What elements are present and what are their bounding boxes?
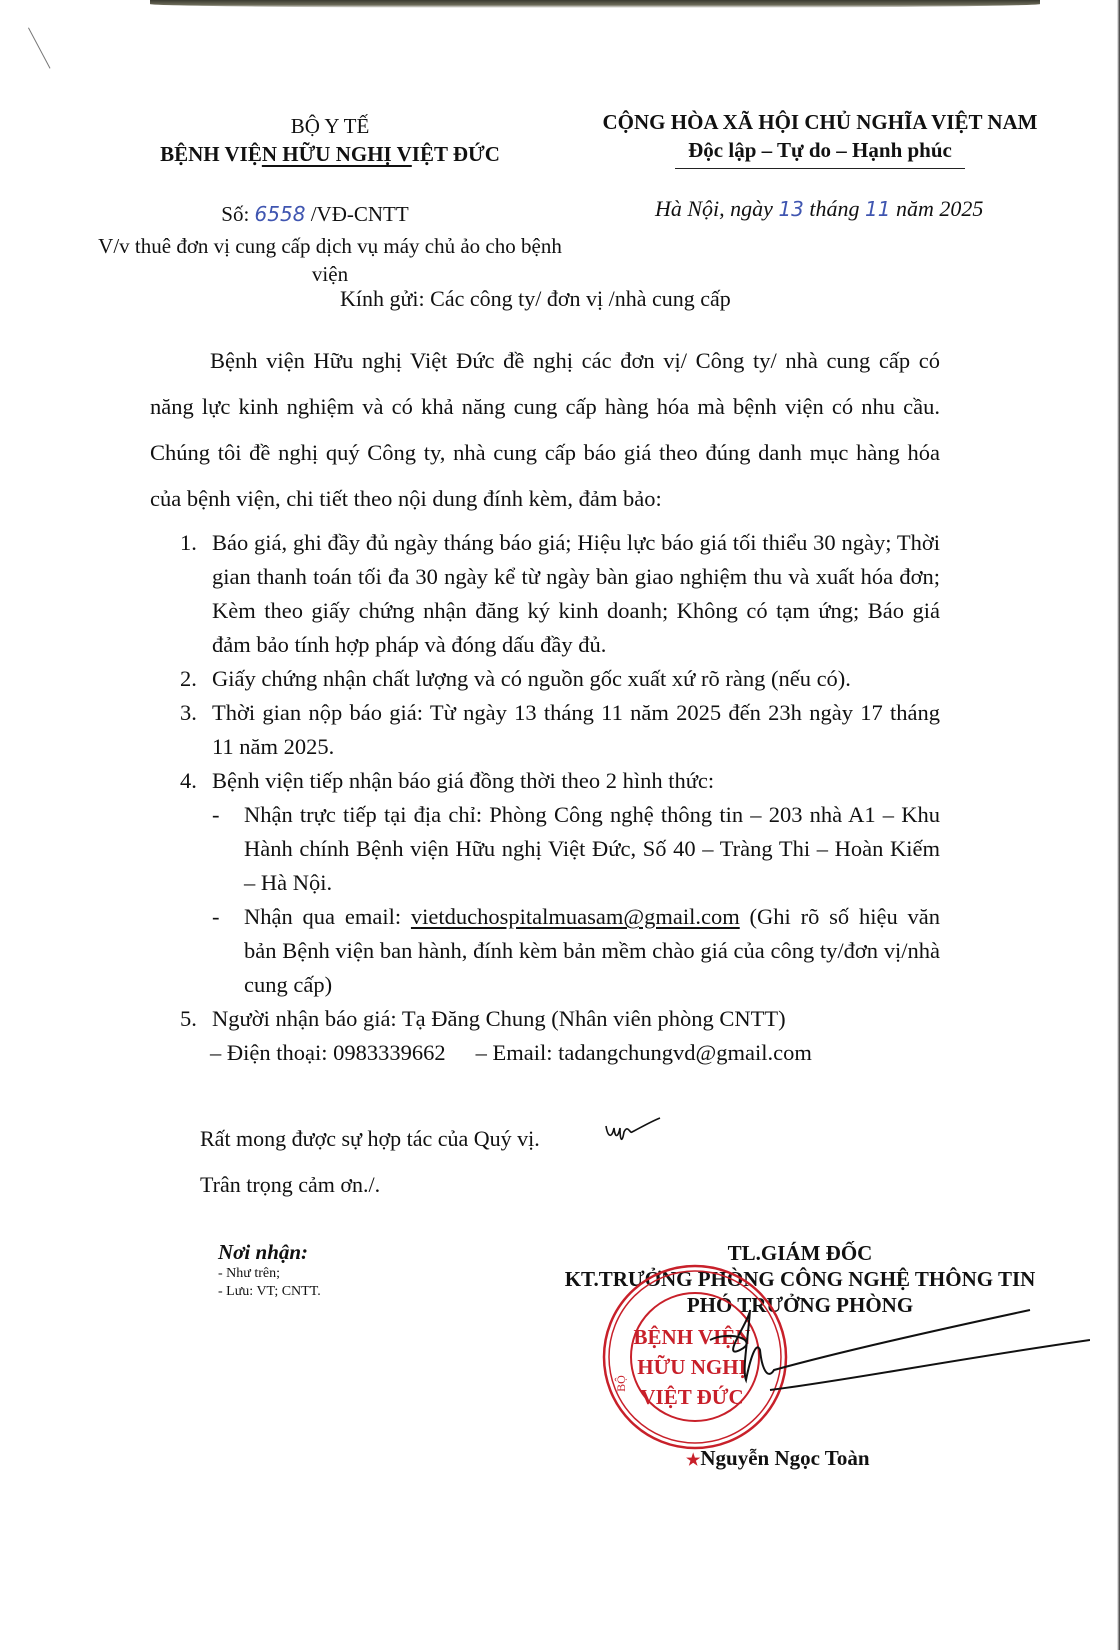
recipient-item: - Lưu: VT; CNTT.	[218, 1283, 321, 1301]
list-text: Báo giá, ghi đầy đủ ngày tháng báo giá; …	[212, 526, 940, 662]
initial-mark	[602, 1116, 662, 1146]
list-text: Người nhận báo giá: Tạ Đăng Chung (Nhân …	[212, 1002, 940, 1036]
list-item: 3. Thời gian nộp báo giá: Từ ngày 13 thá…	[180, 696, 940, 764]
contact-line: – Điện thoại: 0983339662– Email: tadangc…	[210, 1036, 940, 1070]
list-text: Nhận trực tiếp tại địa chỉ: Phòng Công n…	[244, 798, 940, 900]
hospital-name: BỆNH VIỆN HỮU NGHỊ VIỆT ĐỨC	[140, 140, 520, 168]
date-month-label: tháng	[809, 196, 859, 221]
document-number: Số: 6558 /VĐ-CNTT	[80, 202, 550, 227]
contact-email: – Email: tadangchungvd@gmail.com	[476, 1040, 812, 1065]
procurement-email-link[interactable]: vietduchospitalmuasam@gmail.com	[411, 904, 740, 929]
hospital-name-part: IỆT ĐỨC	[412, 142, 500, 166]
signer-name-text: Nguyễn Ngọc Toàn	[700, 1446, 869, 1470]
list-number: 2.	[180, 662, 212, 696]
list-number: 5.	[180, 1002, 212, 1036]
scan-edge-top	[150, 0, 1040, 8]
list-item: 1. Báo giá, ghi đầy đủ ngày tháng báo gi…	[180, 526, 940, 662]
list-text: Bệnh viện tiếp nhận báo giá đồng thời th…	[212, 764, 940, 798]
motto-underline	[675, 168, 965, 169]
stamp-side-text: BỘ	[614, 1375, 629, 1392]
list-dash: -	[212, 900, 244, 1002]
list-item: 4. Bệnh viện tiếp nhận báo giá đồng thời…	[180, 764, 940, 798]
date-prefix: Hà Nội, ngày	[655, 196, 773, 221]
recipients-title: Nơi nhận:	[218, 1240, 321, 1265]
national-header: CỘNG HÒA XÃ HỘI CHỦ NGHĨA VIỆT NAM Độc l…	[580, 108, 1060, 169]
list-dash: -	[212, 798, 244, 900]
submission-method-email: - Nhận qua email: vietduchospitalmuasam@…	[212, 900, 940, 1002]
date-month-handwritten: 11	[865, 197, 890, 221]
list-item: 5. Người nhận báo giá: Tạ Đăng Chung (Nh…	[180, 1002, 940, 1036]
handwritten-signature-icon	[690, 1300, 1090, 1420]
doc-number-handwritten: 6558	[255, 202, 306, 226]
document-date: Hà Nội, ngày 13 tháng 11 năm 2025	[655, 196, 983, 222]
list-number: 1.	[180, 526, 212, 662]
hospital-name-part: BỆNH VIỆ	[160, 142, 262, 166]
national-motto: Độc lập – Tự do – Hạnh phúc	[580, 136, 1060, 164]
issuer-header: BỘ Y TẾ BỆNH VIỆN HỮU NGHỊ VIỆT ĐỨC	[140, 112, 520, 168]
submission-method-inperson: - Nhận trực tiếp tại địa chỉ: Phòng Công…	[212, 798, 940, 900]
list-text: Giấy chứng nhận chất lượng và có nguồn g…	[212, 662, 940, 696]
pen-mark	[28, 28, 50, 69]
list-number: 3.	[180, 696, 212, 764]
signer-name: ★Nguyễn Ngọc Toàn	[686, 1446, 870, 1471]
closing-line: Rất mong được sự hợp tác của Quý vị.	[200, 1126, 540, 1152]
intro-paragraph: Bệnh viện Hữu nghị Việt Đức đề nghị các …	[150, 338, 940, 522]
recipient-line: Kính gửi: Các công ty/ đơn vị /nhà cung …	[340, 286, 731, 312]
list-number: 4.	[180, 764, 212, 798]
country-name: CỘNG HÒA XÃ HỘI CHỦ NGHĨA VIỆT NAM	[580, 108, 1060, 136]
intro-text: Bệnh viện Hữu nghị Việt Đức đề nghị các …	[150, 338, 940, 522]
thanks-line: Trân trọng cảm ơn./.	[200, 1172, 380, 1198]
list-text: Nhận qua email: vietduchospitalmuasam@gm…	[244, 900, 940, 1002]
recipients-block: Nơi nhận: - Như trên; - Lưu: VT; CNTT.	[218, 1240, 321, 1301]
doc-number-label: Số:	[221, 202, 249, 226]
list-text: Thời gian nộp báo giá: Từ ngày 13 tháng …	[212, 696, 940, 764]
document-subject: V/v thuê đơn vị cung cấp dịch vụ máy chủ…	[80, 232, 580, 288]
email-prefix: Nhận qua email:	[244, 904, 401, 929]
ministry-name: BỘ Y TẾ	[140, 112, 520, 140]
star-icon: ★	[686, 1452, 700, 1469]
date-day-handwritten: 13	[778, 197, 803, 221]
list-item: 2. Giấy chứng nhận chất lượng và có nguồ…	[180, 662, 940, 696]
contact-phone: – Điện thoại: 0983339662	[210, 1040, 446, 1065]
requirements-list: 1. Báo giá, ghi đầy đủ ngày tháng báo gi…	[180, 526, 940, 1070]
hospital-name-underlined: N HỮU NGHỊ V	[262, 142, 412, 166]
date-year: năm 2025	[896, 196, 983, 221]
doc-number-suffix: /VĐ-CNTT	[311, 202, 409, 226]
recipient-item: - Như trên;	[218, 1265, 321, 1283]
